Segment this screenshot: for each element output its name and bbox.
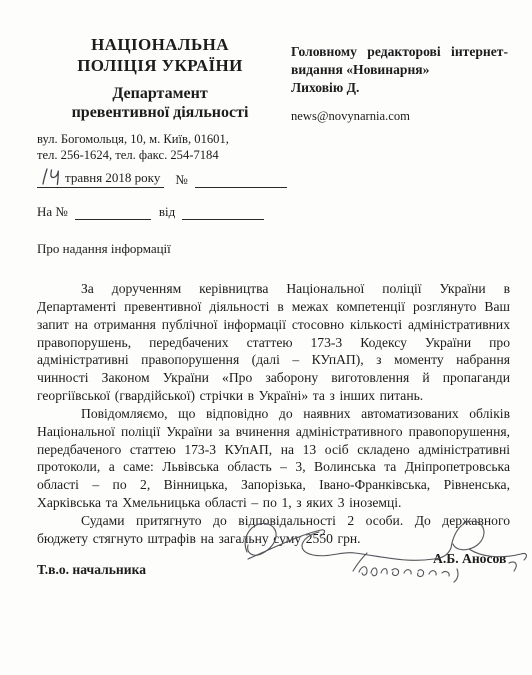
sender-address-line2: тел. 256-1624, тел. факс. 254-7184 — [37, 147, 283, 163]
scanned-letter-page: НАЦІОНАЛЬНА ПОЛІЦІЯ УКРАЇНИ Департамент … — [0, 0, 532, 675]
signature-block: Т.в.о. начальника А.Б. Аносов — [0, 550, 532, 630]
sender-block: НАЦІОНАЛЬНА ПОЛІЦІЯ УКРАЇНИ Департамент … — [37, 35, 283, 163]
letterhead: НАЦІОНАЛЬНА ПОЛІЦІЯ УКРАЇНИ Департамент … — [0, 0, 532, 163]
letter-body: За дорученням керівництва Національної п… — [37, 280, 510, 548]
subject-line: Про надання інформації — [37, 241, 532, 257]
handwritten-day-icon — [38, 167, 60, 186]
date-underlined-group: травня 2018 року — [37, 167, 164, 188]
department-name-line2: превентивної діяльності — [37, 104, 283, 123]
na-number-blank-line — [75, 206, 151, 220]
body-paragraph-1: За дорученням керівництва Національної п… — [37, 280, 510, 405]
number-blank-line — [195, 174, 287, 188]
signature-scribble-icon — [233, 511, 532, 591]
body-paragraph-2: Повідомляємо, що відповідно до наявних а… — [37, 405, 510, 512]
incoming-reference-line: На № від — [37, 204, 532, 220]
vid-date-blank-line — [182, 206, 264, 220]
vid-label: від — [159, 204, 175, 220]
org-name-line2: ПОЛІЦІЯ УКРАЇНИ — [37, 56, 283, 77]
recipient-name: Лиховію Д. — [291, 79, 508, 97]
reference-block: травня 2018 року № На № від — [37, 167, 532, 220]
sender-address-line1: вул. Богомольця, 10, м. Київ, 01601, — [37, 131, 283, 147]
date-line: травня 2018 року № — [37, 167, 532, 188]
signatory-position-title: Т.в.о. начальника — [37, 562, 146, 578]
na-number-label: На № — [37, 204, 68, 220]
org-name-line1: НАЦІОНАЛЬНА — [37, 35, 283, 56]
recipient-block: Головному редакторові інтернет-видання «… — [291, 35, 508, 163]
recipient-email: news@novynarnia.com — [291, 109, 508, 124]
recipient-addressee: Головному редакторові інтернет-видання «… — [291, 43, 508, 79]
date-printed-text: травня 2018 року — [65, 170, 160, 186]
number-label: № — [175, 172, 187, 188]
department-name-line1: Департамент — [37, 85, 283, 104]
